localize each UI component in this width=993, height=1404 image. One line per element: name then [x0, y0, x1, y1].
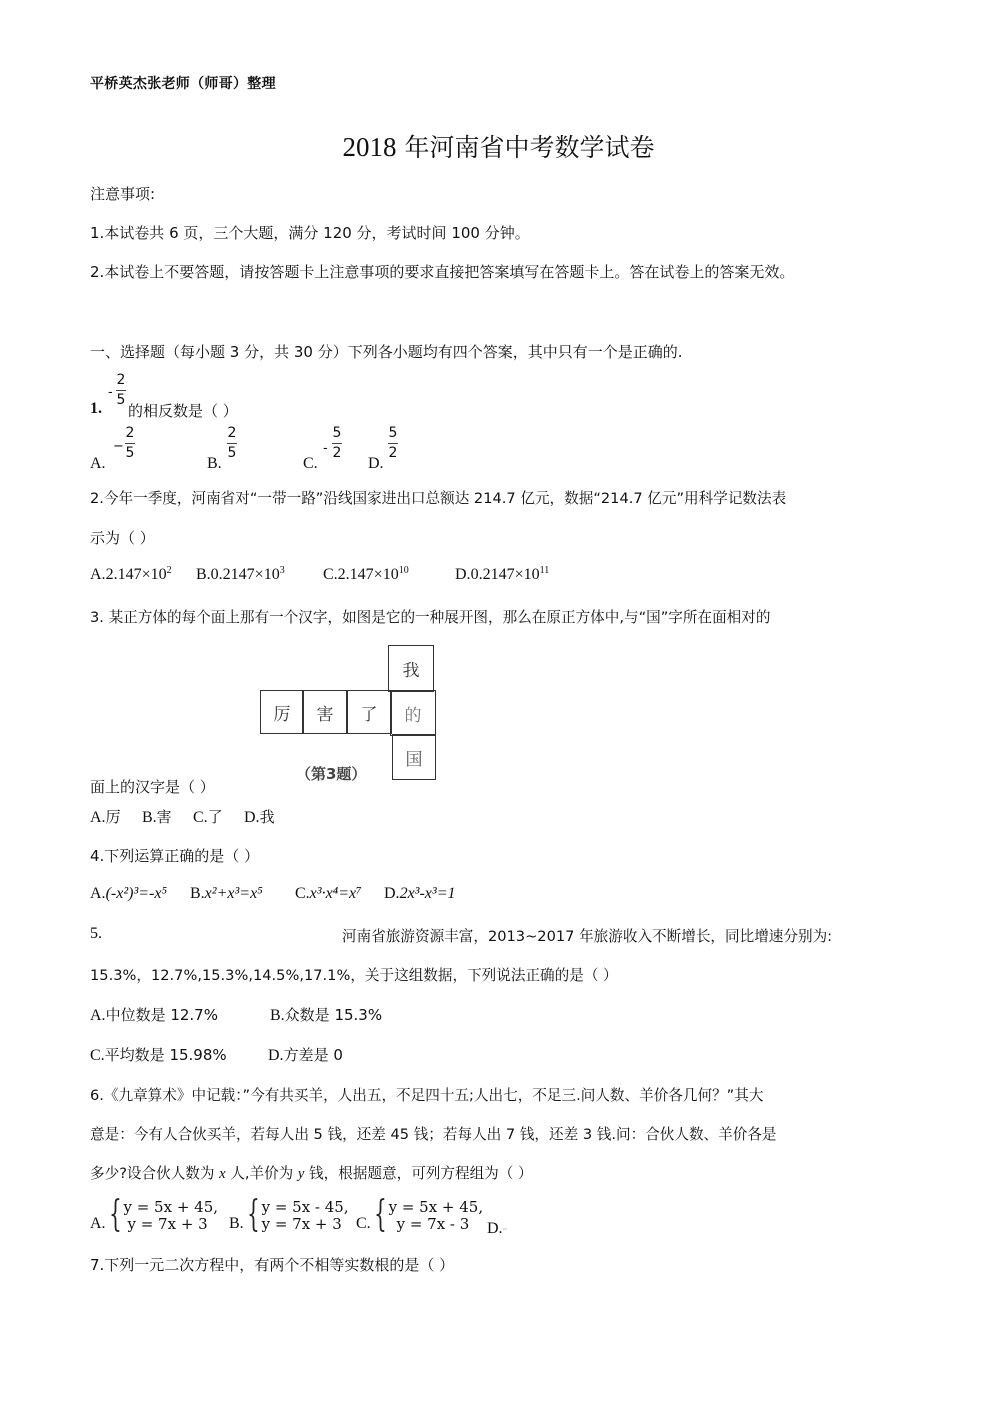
q3-option-b: B.害 — [142, 806, 172, 827]
q1-option-a-fraction: 25 — [124, 426, 136, 461]
q4-option-b: B.x²+x³=x⁵ — [190, 885, 263, 903]
q6-option-b: B. { y = 5x - 45,y = 7x + 3 — [229, 1197, 349, 1233]
q4-option-a: A.(-x²)³=-x⁵ — [90, 885, 167, 903]
q1-fraction: 2 5 — [115, 373, 127, 408]
q6-option-c: C. { y = 5x + 45,y = 7x - 3 — [356, 1197, 483, 1233]
net-cell-wo: 我 — [388, 645, 434, 692]
q1-option-c-label: C. — [303, 455, 318, 473]
q2-stem-line-2: 示为（ ） — [90, 527, 155, 548]
q3-option-d: D.我 — [244, 806, 275, 827]
page-title: 2018 年河南省中考数学试卷 — [0, 128, 993, 164]
q5-number: 5. — [90, 925, 102, 943]
q6-option-a: A. { y = 5x + 45,y = 7x + 3 — [90, 1197, 218, 1233]
q2-stem-line-1: 2.今年一季度，河南省对“一带一路”沿线国家进出口总额达 214.7 亿元，数据… — [90, 487, 786, 508]
brace-icon: { — [247, 1197, 260, 1233]
q6-stem-line-2: 意是：今有人合伙买羊，若每人出 5 钱，还差 45 钱；若每人出 7 钱，还差 … — [90, 1123, 777, 1144]
cube-net-figure: 厉 害 了 我 的 国 （第3题） — [258, 645, 448, 785]
q4-option-c: C.x³·x⁴=x⁷ — [295, 885, 362, 903]
net-cell-li: 厉 — [260, 690, 304, 734]
credit-line: 平桥英杰张老师（师哥）整理 — [90, 73, 276, 93]
q1-sign: - — [108, 385, 113, 400]
q3-option-a: A.厉 — [90, 806, 121, 827]
q5-stem-line-2: 15.3%，12.7%,15.3%,14.5%,17.1%，关于这组数据，下列说… — [90, 964, 618, 985]
q4-option-d: D.2x³-x³=1 — [384, 885, 455, 903]
q3-stem-line-1: 3. 某正方体的每个面上那有一个汉字，如图是它的一种展开图，那么在原正方体中,与… — [90, 606, 770, 627]
q5-option-b: B.众数是 15.3% — [270, 1004, 382, 1025]
title-text: 年河南省中考数学试卷 — [397, 133, 655, 162]
q4-stem: 4.下列运算正确的是（ ） — [90, 845, 259, 866]
figure-caption: （第3题） — [296, 763, 366, 784]
q1-option-c-sign: - — [323, 441, 328, 456]
net-cell-le: 了 — [346, 690, 392, 734]
net-cell-hai: 害 — [302, 690, 348, 734]
q1-number: 1. — [90, 400, 102, 418]
section-heading: 一、选择题（每小题 3 分，共 30 分）下列各小题均有四个答案，其中只有一个是… — [90, 341, 682, 362]
q5-option-c: C.平均数是 15.98% — [90, 1044, 227, 1065]
broken-image-icon: ▫▫ — [503, 1227, 507, 1233]
q3-option-c: C.了 — [193, 806, 223, 827]
title-year: 2018 — [343, 132, 397, 162]
net-cell-de: 的 — [390, 690, 436, 736]
notice-item-1: 1.本试卷共 6 页，三个大题，满分 120 分，考试时间 100 分钟。 — [90, 222, 530, 243]
q5-option-a: A.中位数是 12.7% — [90, 1004, 218, 1025]
q7-stem: 7.下列一元二次方程中，有两个不相等实数根的是（ ） — [90, 1254, 454, 1275]
q1-option-b-fraction: 25 — [226, 426, 238, 461]
notice-heading: 注意事项: — [90, 183, 155, 204]
q2-option-c: C.2.147×1010 — [323, 566, 409, 584]
q1-option-d-fraction: 52 — [387, 426, 399, 461]
q3-stem-line-2: 面上的汉字是（ ） — [90, 776, 215, 797]
q2-option-a: A.2.147×102 — [90, 566, 172, 584]
q1-option-d-label: D. — [368, 455, 384, 473]
q6-option-d: D.▫▫ — [487, 1220, 507, 1238]
q1-option-a-label: A. — [90, 455, 106, 473]
brace-icon: { — [374, 1197, 387, 1233]
q1-option-a-sign: − — [113, 439, 124, 454]
q5-option-d: D.方差是 0 — [268, 1044, 343, 1065]
q1-option-c-fraction: 52 — [331, 426, 343, 461]
q6-stem-line-1: 6.《九章算术》中记载：”今有共买羊，人出五，不足四十五;人出七，不足三.问人数… — [90, 1084, 763, 1105]
notice-item-2: 2.本试卷上不要答题，请按答题卡上注意事项的要求直接把答案填写在答题卡上。答在试… — [90, 261, 794, 282]
q2-option-d: D.0.2147×1011 — [455, 566, 549, 584]
q6-stem-line-3: 多少?设合伙人数为 x 人,羊价为 y 钱，根据题意，可列方程组为（ ） — [90, 1162, 533, 1183]
q5-stem-line-1: 河南省旅游资源丰富，2013~2017 年旅游收入不断增长，同比增速分别为: — [342, 925, 832, 946]
q1-option-b-label: B. — [207, 455, 222, 473]
q2-option-b: B.0.2147×103 — [196, 566, 285, 584]
net-cell-guo: 国 — [392, 734, 436, 780]
brace-icon: { — [109, 1197, 122, 1233]
q1-stem: 的相反数是（ ） — [128, 400, 238, 421]
